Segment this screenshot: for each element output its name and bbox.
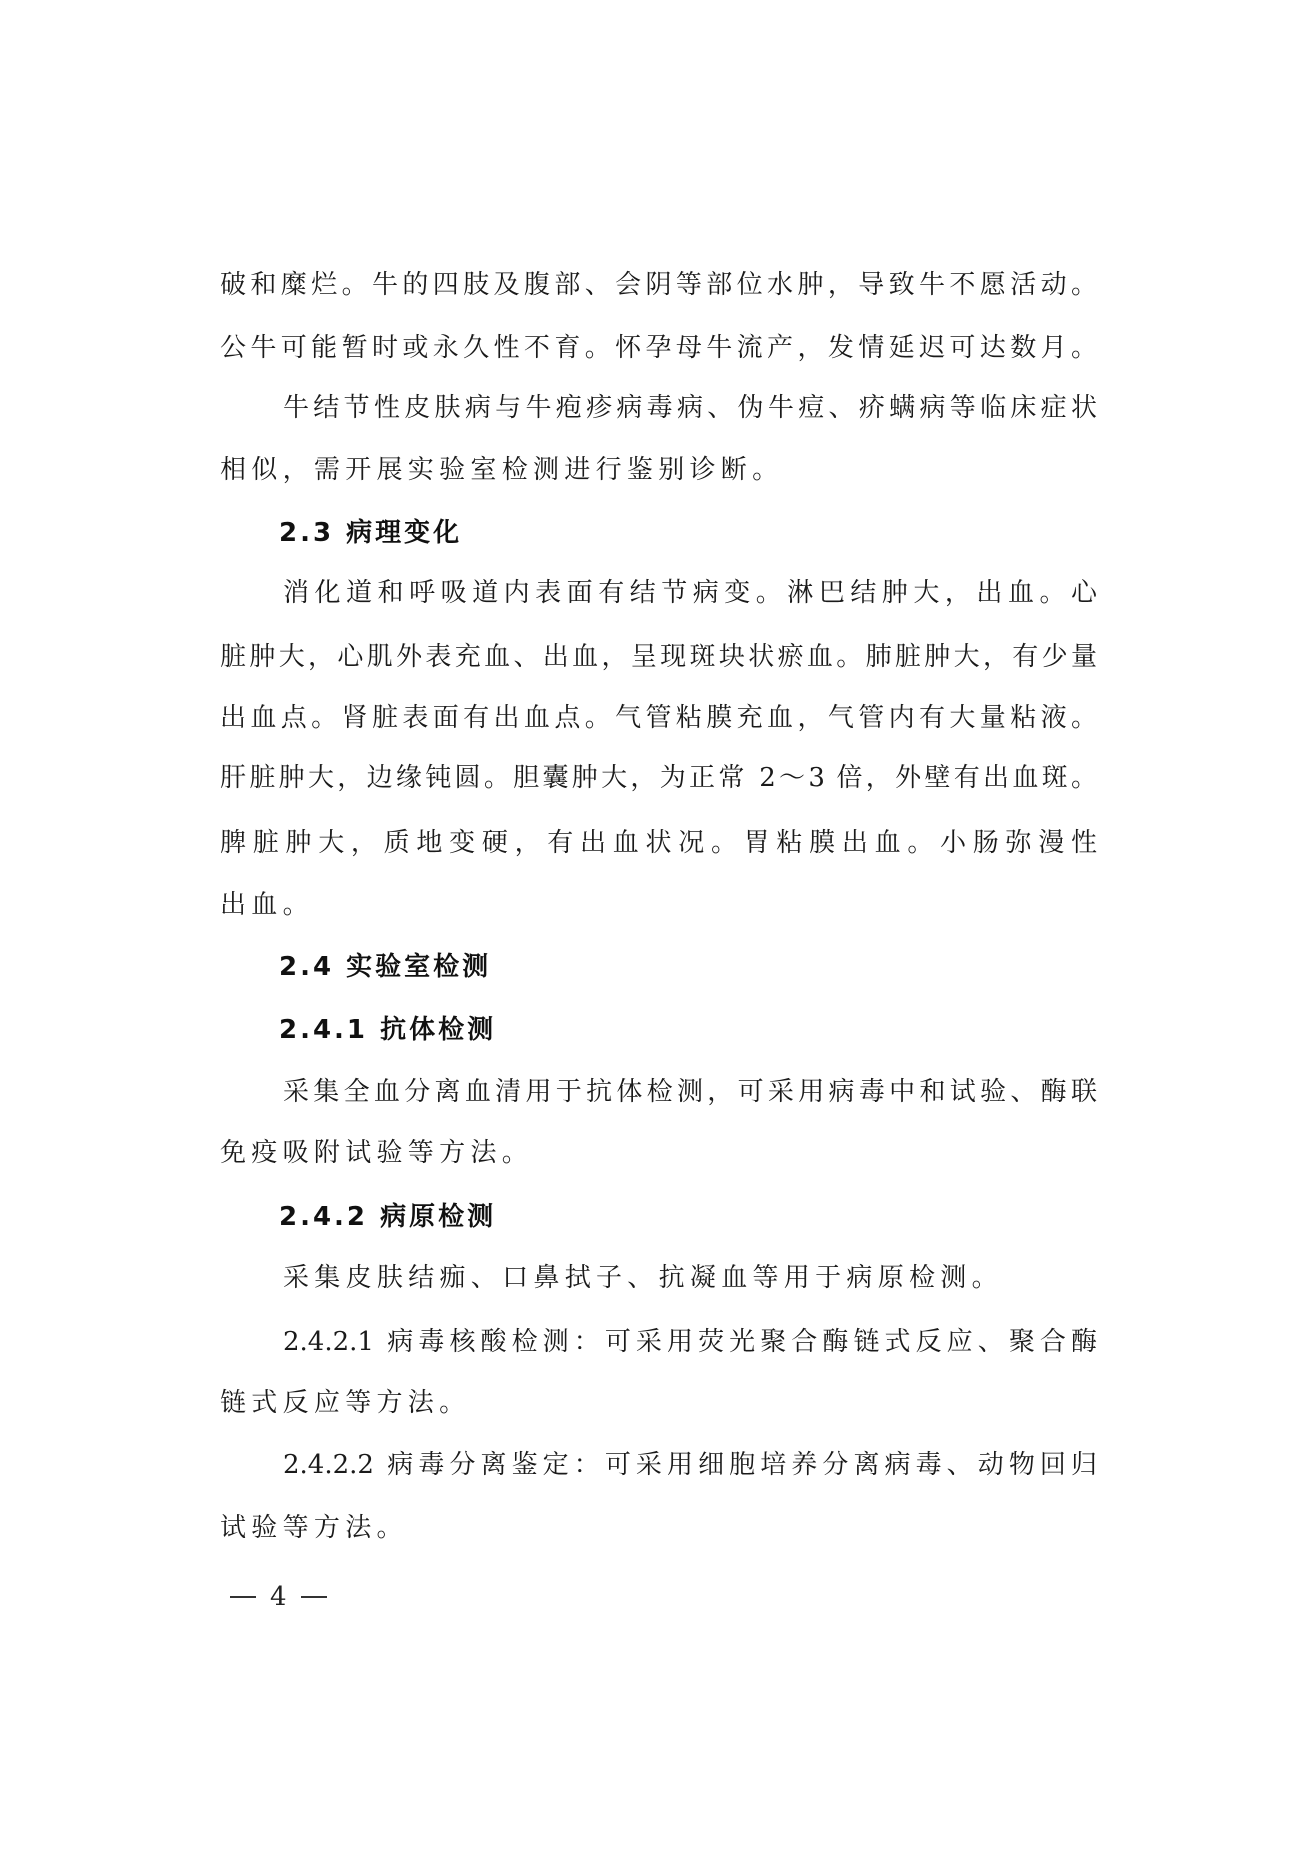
paragraph-line: 破和糜烂。牛的四肢及腹部、会阴等部位水肿，导致牛不愿活动。 — [220, 268, 1097, 302]
paragraph-line: 牛结节性皮肤病与牛疱疹病毒病、伪牛痘、疥螨病等临床症状 — [283, 391, 1097, 425]
paragraph-line: 2.4.2.2 病毒分离鉴定：可采用细胞培养分离病毒、动物回归 — [283, 1448, 1097, 1482]
paragraph-line: 2.4.2.1 病毒核酸检测：可采用荧光聚合酶链式反应、聚合酶 — [283, 1325, 1097, 1359]
paragraph-line: 脏肿大，心肌外表充血、出血，呈现斑块状瘀血。肺脏肿大，有少量 — [220, 640, 1097, 674]
section-heading-2-4-1: 2.4.1 抗体检测 — [279, 1013, 496, 1047]
section-heading-2-3: 2.3 病理变化 — [279, 516, 462, 550]
paragraph-line: 链式反应等方法。 — [220, 1386, 1097, 1420]
page-number-value: 4 — [270, 1581, 287, 1613]
paragraph-line: 相似，需开展实验室检测进行鉴别诊断。 — [220, 453, 1097, 487]
paragraph-line: 脾脏肿大，质地变硬，有出血状况。胃粘膜出血。小肠弥漫性 — [220, 826, 1097, 860]
section-heading-2-4-2: 2.4.2 病原检测 — [279, 1200, 496, 1234]
paragraph-line: 采集皮肤结痂、口鼻拭子、抗凝血等用于病原检测。 — [283, 1261, 1097, 1295]
page-number: 4 — [230, 1581, 327, 1613]
paragraph-line: 免疫吸附试验等方法。 — [220, 1136, 1097, 1170]
document-page: 破和糜烂。牛的四肢及腹部、会阴等部位水肿，导致牛不愿活动。 公牛可能暂时或永久性… — [0, 0, 1314, 1860]
dash-left-icon — [230, 1596, 256, 1598]
paragraph-line: 消化道和呼吸道内表面有结节病变。淋巴结肿大，出血。心 — [283, 576, 1097, 610]
paragraph-line: 出血点。肾脏表面有出血点。气管粘膜充血，气管内有大量粘液。 — [220, 701, 1097, 735]
paragraph-line: 肝脏肿大，边缘钝圆。胆囊肿大，为正常 2～3 倍，外壁有出血斑。 — [220, 761, 1097, 795]
paragraph-line: 出血。 — [220, 888, 1097, 922]
paragraph-line: 公牛可能暂时或永久性不育。怀孕母牛流产，发情延迟可达数月。 — [220, 331, 1097, 365]
paragraph-line: 试验等方法。 — [220, 1511, 1097, 1545]
dash-right-icon — [301, 1596, 327, 1598]
section-heading-2-4: 2.4 实验室检测 — [279, 950, 491, 984]
paragraph-line: 采集全血分离血清用于抗体检测，可采用病毒中和试验、酶联 — [283, 1075, 1097, 1109]
